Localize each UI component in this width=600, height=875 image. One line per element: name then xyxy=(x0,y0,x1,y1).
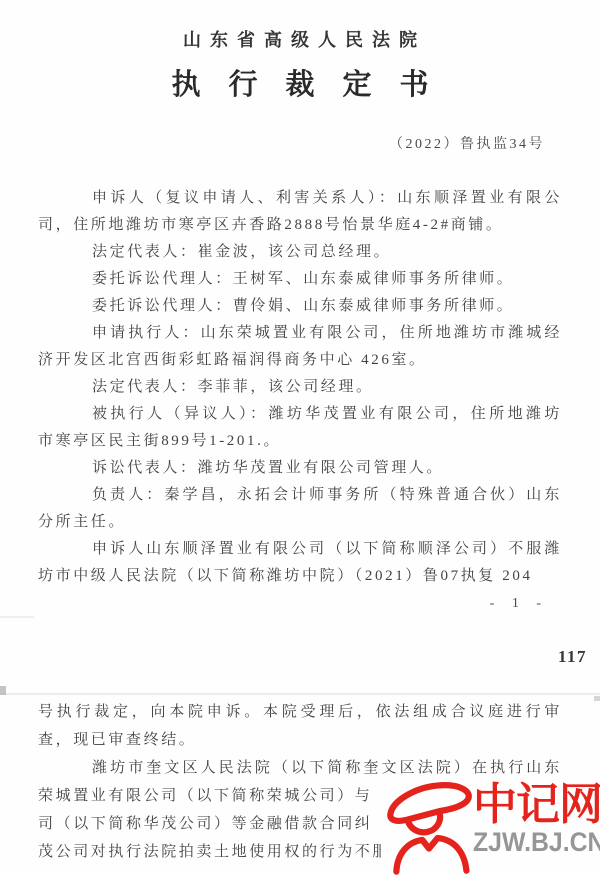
text-line: 被执行人（异议人）：潍坊华茂置业有限公司，住所地潍坊 xyxy=(38,401,562,428)
watermark-site-url: ZJW.BJ.CN xyxy=(473,828,600,856)
page1-body-text: 申诉人（复议申请人、利害关系人）：山东顺泽置业有限公司，住所地潍坊市寒亭区卉香路… xyxy=(38,185,562,590)
page1-footer-page-number: - 1 - xyxy=(490,596,548,612)
text-line: 司，住所地潍坊市寒亭区卉香路2888号怡景华庭4-2#商铺。 xyxy=(38,212,562,239)
document-title: 执行裁定书 xyxy=(0,62,600,103)
text-line: 诉讼代表人：潍坊华茂置业有限公司管理人。 xyxy=(38,455,562,482)
page-seam-artifact xyxy=(0,693,600,695)
text-line: 负责人：秦学昌，永拓会计师事务所（特殊普通合伙）山东 xyxy=(38,482,562,509)
text-line: 申诉人山东顺泽置业有限公司（以下简称顺泽公司）不服潍 xyxy=(38,536,562,563)
case-file-page-stamp: 117 xyxy=(558,647,587,667)
text-line: 委托诉讼代理人：王树军、山东泰威律师事务所律师。 xyxy=(38,266,562,293)
text-line: 法定代表人：李菲菲，该公司经理。 xyxy=(38,374,562,401)
scan-artifact xyxy=(594,696,600,701)
text-line: 委托诉讼代理人：曹伶娟、山东泰威律师事务所律师。 xyxy=(38,293,562,320)
text-line: 济开发区北宫西街彩虹路福润得商务中心 426室。 xyxy=(38,347,562,374)
case-number: （2022）鲁执监34号 xyxy=(389,133,545,153)
text-line: 市寒亭区民主街899号1-201.。 xyxy=(38,428,562,455)
text-line: 号执行裁定，向本院申诉。本院受理后，依法组成合议庭进行审 xyxy=(38,698,562,726)
text-line: 法定代表人：崔金波，该公司总经理。 xyxy=(38,239,562,266)
scan-artifact xyxy=(0,616,34,618)
scanned-document-page: 山东省高级人民法院 执行裁定书 （2022）鲁执监34号 申诉人（复议申请人、利… xyxy=(0,0,600,875)
text-line: 查，现已审查终结。 xyxy=(38,726,562,754)
text-line: 坊市中级人民法院（以下简称潍坊中院）（2021）鲁07执复 204 xyxy=(38,563,562,590)
watermark-site-name: 中记网 xyxy=(473,782,600,828)
watermark-text: 中记网 ZJW.BJ.CN xyxy=(473,778,600,856)
text-line: 申请执行人：山东荣城置业有限公司，住所地潍坊市潍城经 xyxy=(38,320,562,347)
court-name: 山东省高级人民法院 xyxy=(0,26,600,52)
text-line: 分所主任。 xyxy=(38,509,562,536)
scan-artifact xyxy=(0,686,6,695)
text-line: 申诉人（复议申请人、利害关系人）：山东顺泽置业有限公 xyxy=(38,185,562,212)
reporter-mascot-icon xyxy=(381,778,477,875)
watermark: 中记网 ZJW.BJ.CN xyxy=(381,778,600,875)
